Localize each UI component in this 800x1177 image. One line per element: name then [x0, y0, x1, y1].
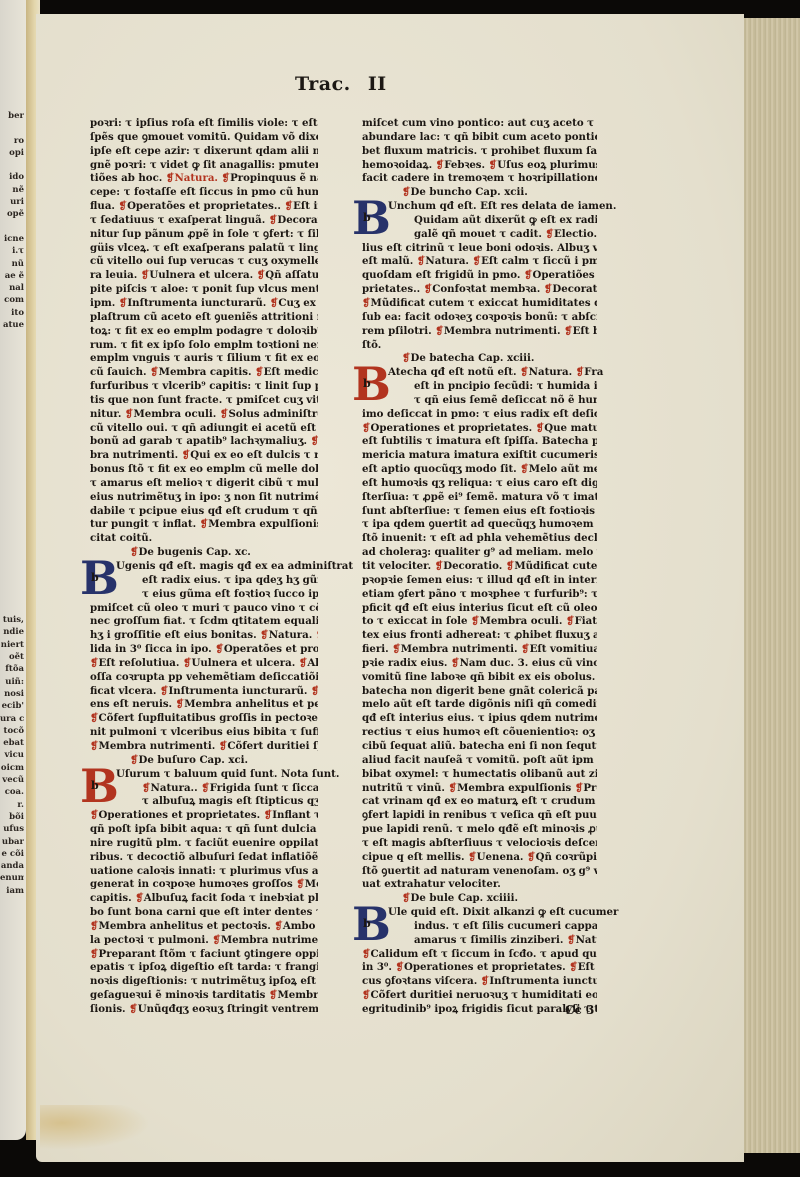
text-line: ❡Membra nutrimenti. ❡Cõfert duritiei ſpl…: [90, 740, 318, 754]
chapter-heading: ❡De bule Cap. xciiii.: [362, 892, 597, 906]
rubric-paragraph-mark: ❡: [222, 172, 231, 184]
text-segment: Decoratio.: [552, 283, 597, 295]
text-line: cus ꝯfoꝛtans viſcera. ❡Inſtrumenta iunct…: [362, 975, 597, 989]
text-segment: fieri.: [362, 643, 392, 655]
text-segment: Decoratio.: [443, 560, 506, 572]
rubric-paragraph-mark: ❡: [90, 740, 99, 752]
text-segment: Qui ex eo eſt dulcis τ rubeus eſt: [190, 449, 318, 461]
chapter-heading: ❡De buncho Cap. xcii.: [362, 186, 597, 200]
rubric-paragraph-mark: ❡: [527, 851, 536, 863]
facing-page-edge: ber ro opi ido nẽ uri opẽ icne i.τ nũ ae…: [0, 0, 26, 1140]
rubric-paragraph-mark: ❡: [567, 934, 576, 946]
text-segment: ra leuia.: [90, 269, 141, 281]
text-segment: cũ vitello oui ſup verucas τ cuʒ oxymell…: [90, 255, 318, 267]
text-segment: pue lapidi renũ. τ melo qđẽ eſt minoꝛis …: [362, 823, 597, 835]
text-segment: Natura.: [425, 255, 472, 267]
text-segment: Qñ aſſatur cuʒ ca: [265, 269, 318, 281]
text-line: eſt in pncipio ſecũdi: τ humida in fine …: [388, 380, 597, 394]
text-line: cũ ſauich. ❡Membra capitis. ❡Eſt medicam…: [90, 366, 318, 380]
text-segment: pꝛopꝛie ſemen eius: τ illud qđ eſt in in…: [362, 574, 597, 586]
text-segment: hemoꝛoidaꝝ.: [362, 159, 436, 171]
text-line: BbAtecha qđ eſt notũ eſt. ❡Natura. ❡Fra: [362, 366, 597, 380]
text-segment: Unchum qđ eſt. Eſt res delata de iamen.: [388, 200, 616, 212]
text-segment: eſt in pncipio ſecũdi: τ humida in fine …: [414, 380, 597, 392]
text-segment: bra nutrimenti.: [90, 449, 182, 461]
text-segment: ſionis.: [90, 1003, 129, 1015]
text-segment: Membra expulſionis: [457, 782, 575, 794]
signature-mark: Cc 3: [565, 1003, 594, 1017]
text-segment: Eſt inflatiuus: [293, 200, 318, 212]
text-segment: vomitũ ſine laboꝛe qñ bibit ex eis obolu…: [362, 671, 597, 683]
text-line: τ eſt magis abſterſiuus τ velocioꝛis deſ…: [362, 837, 597, 851]
text-segment: Ambo ſt ma: [283, 920, 318, 932]
text-segment: De bule Cap. xciiii.: [411, 892, 519, 904]
text-segment: Uulnera et ulcera.: [191, 657, 298, 669]
text-line: abundare lac: τ qñ bibit cum aceto ponti…: [362, 131, 597, 145]
text-line: eſt ſubtilis τ imatura eſt ſpiſſa. Batec…: [362, 435, 597, 449]
text-line: ſtõ ꝯuertit ad naturam venenoſam. oʒ g⁹ …: [362, 865, 597, 879]
text-line: prietates.. ❡Confoꝛtat membꝛa. ❡Decorati…: [362, 283, 597, 297]
text-line: τ eius gũma eſt foꝛtioꝛ ſucco ipſius τ q…: [116, 588, 318, 602]
text-segment: Abradit: [307, 657, 318, 669]
text-line: eſt malũ. ❡Natura. ❡Eſt calm τ ſiccũ i p…: [362, 255, 597, 269]
text-segment: Eſt medicamen: [264, 366, 318, 378]
text-segment: De buſuro Cap. xci.: [139, 754, 249, 766]
text-segment: tur pungit τ inflat.: [90, 518, 200, 530]
text-segment: τ albuſuꝝ magis eſt ſtipticus qʒ caſſab.: [142, 795, 318, 807]
text-segment: nit pulmoni τ vlceribus eius bibita τ ſu…: [90, 726, 318, 738]
rubric-paragraph-mark: ❡: [90, 657, 99, 669]
text-line: aliud facit nauſeã τ vomitũ. poſt aũt ip…: [362, 754, 597, 768]
text-segment: noꝛis digeſtionis: τ nutrimẽtuʒ ipſoꝝ eſ…: [90, 975, 318, 987]
rubric-paragraph-mark: ❡: [90, 948, 99, 960]
text-segment: cipue q eſt mellis.: [362, 851, 468, 863]
text-segment: Qñ coꝛrũpitur in: [536, 851, 597, 863]
rubric-paragraph-mark: ❡: [212, 934, 221, 946]
text-segment: Natura.: [269, 629, 316, 641]
text-line: indus. τ eſt ſilis cucumeri capparis et …: [388, 920, 597, 934]
text-line: nitur ſup pãnum ꝓpẽ in ſole τ ꝯfert: τ ſ…: [90, 228, 318, 242]
guide-letter: b: [91, 571, 99, 585]
text-line: τ ſedatiuus τ exaſperat linguã. ❡Decorat…: [90, 214, 318, 228]
text-segment: Mũdificat cutem τ exiccat humiditates q …: [371, 297, 597, 309]
rubric-paragraph-mark: ❡: [200, 518, 209, 530]
left-text-column: poꝛri: τ ipſius roſa eſt ſimilis viole: …: [90, 117, 318, 1017]
text-segment: nutritũ τ vinũ.: [362, 782, 449, 794]
text-line: rem pſilotri. ❡Membra nutrimenti. ❡Eſt b…: [362, 325, 597, 339]
text-line: amarus τ ſimilis zinziberi. ❡Natura.: [388, 934, 597, 948]
rubric-paragraph-mark: ❡: [296, 878, 305, 890]
guide-letter: b: [91, 779, 99, 793]
text-segment: Uenena.: [477, 851, 527, 863]
text-line: bet fluxum matricis. τ prohibet fluxum ſ…: [362, 145, 597, 159]
rubric-paragraph-mark: ❡: [311, 685, 318, 697]
text-segment: miſcet cum vino pontico: aut cuʒ aceto τ…: [362, 117, 597, 129]
text-segment: Fra: [584, 366, 603, 378]
text-segment: la pectoꝛi τ pulmoni.: [90, 934, 212, 946]
text-line: τ albuſuꝝ magis eſt ſtipticus qʒ caſſab.: [116, 795, 318, 809]
text-line: furfuribus τ vlcerib⁹ capitis: τ linit ſ…: [90, 380, 318, 394]
text-line: ſub ea: facit odoꝛeʒ coꝛpoꝛis bonũ: τ ab…: [362, 311, 597, 325]
rubric-paragraph-mark: ❡: [569, 961, 578, 973]
rubric-paragraph-mark: ❡: [255, 366, 264, 378]
text-line: tiões ab hoc. ❡Natura. ❡Propinquus ẽ nat…: [90, 172, 318, 186]
text-line: tur pungit τ inflat. ❡Membra expulſionis…: [90, 518, 318, 532]
text-line: ens eſt neruis. ❡Membra anhelitus et pec…: [90, 698, 318, 712]
text-segment: rem pſilotri.: [362, 325, 435, 337]
text-segment: Inſtrumenta iuncturarũ.: [169, 685, 311, 697]
text-line: cepe: τ foꝛtaſſe eſt ſiccus in pmo cũ hu…: [90, 186, 318, 200]
text-segment: eſt ſubtilis τ imatura eſt ſpiſſa. Batec…: [362, 435, 597, 447]
rubric-paragraph-mark: ❡: [471, 615, 480, 627]
text-line: ❡Preparant ſtõm τ faciunt ꝯtingere oppil…: [90, 948, 318, 962]
text-segment: gnẽ poꝛri: τ videt ꝙ ſit anagallis: pmut…: [90, 159, 318, 171]
text-line: lida in 3⁰ ſicca in ipo. ❡Operatões et p…: [90, 643, 318, 657]
text-segment: Eſt bonuʒ: [573, 325, 597, 337]
rubric-paragraph-mark: ❡: [264, 809, 273, 821]
text-segment: Febꝛes.: [444, 159, 488, 171]
text-line: güis vlceꝝ. τ eſt exaſperans palatũ τ li…: [90, 242, 318, 256]
text-segment: Membra anhelitus et pectoꝛis.: [99, 920, 275, 932]
rubric-paragraph-mark: ❡: [566, 615, 575, 627]
rubric-paragraph-mark: ❡: [285, 200, 294, 212]
text-segment: pꝛie radix eius.: [362, 657, 451, 669]
text-segment: Operatiões et pro: [533, 269, 597, 281]
text-line: etiam ꝯfert pãno τ moꝛphee τ furfurib⁹: …: [362, 588, 597, 602]
rubric-paragraph-mark: ❡: [129, 1003, 138, 1015]
text-line: rum. τ fit ex ipſo ſolo emplm toꝛtioni n…: [90, 339, 318, 353]
text-line: lius eſt citrinũ τ leue boni odoꝛis. Alb…: [362, 242, 597, 256]
text-segment: geſagueꝛui ẽ minoꝛis tarditatis: [90, 989, 269, 1001]
text-line: galẽ qñ mouet τ cadit. ❡Electio. ❡Me: [388, 228, 597, 242]
text-line: miſcet cum vino pontico: aut cuʒ aceto τ…: [362, 117, 597, 131]
rubric-paragraph-mark: ❡: [449, 782, 458, 794]
rubric-paragraph-mark: ❡: [182, 449, 191, 461]
rubric-paragraph-mark: ❡: [150, 366, 159, 378]
text-line: ❡Natura.. ❡Frigida ſunt τ ſicca in ſcđo: [116, 782, 318, 796]
text-segment: epatis τ ipſoꝝ digeſtio eſt tarda: τ fra…: [90, 961, 318, 973]
text-segment: Eſt ſtipti: [578, 961, 597, 973]
guide-letter: b: [363, 377, 371, 391]
text-segment: Membra nutrimenti.: [444, 325, 564, 337]
rubric-paragraph-mark: ❡: [468, 851, 477, 863]
text-segment: Ule quid eſt. Dixit alkanzi ꝙ eſt cucume…: [388, 906, 618, 918]
text-segment: Nam duc. 3. eius cũ vino mouet: [460, 657, 597, 669]
text-line: to τ exiccat in ſole ❡Membra oculi. ❡Fia…: [362, 615, 597, 629]
text-line: τ amarus eſt melioꝛ τ digerit cibũ τ mul…: [90, 477, 318, 491]
text-line: fieri. ❡Membra nutrimenti. ❡Eſt vomitiua…: [362, 643, 597, 657]
text-segment: nitur ſup pãnum ꝓpẽ in ſole τ ꝯfert: τ ſ…: [90, 228, 318, 240]
text-line: pꝛie radix eius. ❡Nam duc. 3. eius cũ vi…: [362, 657, 597, 671]
running-head: Trac. II: [295, 73, 387, 95]
text-line: ipm. ❡Inſtrumenta iuncturarũ. ❡Cuʒ ex eo…: [90, 297, 318, 311]
text-segment: lida in 3⁰ ſicca in ipo.: [90, 643, 215, 655]
guide-letter: b: [363, 917, 371, 931]
rubric-paragraph-mark: ❡: [402, 352, 411, 364]
text-segment: Operationes et proprietates.: [404, 961, 569, 973]
text-segment: bibat oxymel: τ humectatis olibanũ aut z…: [362, 768, 597, 780]
text-segment: bet fluxum matricis. τ prohibet fluxum ſ…: [362, 145, 597, 157]
text-segment: De buncho Cap. xcii.: [411, 186, 528, 198]
text-line: pite piſcis τ aloe: τ ponit ſup vlcus me…: [90, 283, 318, 297]
text-segment: plaſtrum cũ aceto eſt ꝯueniẽs attritioni…: [90, 311, 318, 323]
rubric-paragraph-mark: ❡: [316, 629, 318, 641]
text-line: tis que non ſunt fracte. τ pmiſcet cuʒ v…: [90, 394, 318, 408]
text-line: cũ vitello oui. τ qñ adiungit ei acetũ e…: [90, 422, 318, 436]
text-segment: Natura..: [151, 782, 202, 794]
text-segment: Cõfert duritiei neruoꝛuʒ τ humiditati eo…: [371, 989, 597, 1001]
initial-letter: B: [352, 361, 391, 407]
text-segment: indus. τ eſt ſilis cucumeri capparis et …: [414, 920, 597, 932]
text-line: ſtõ.: [362, 339, 597, 353]
text-segment: Frigida ſunt τ ſicca in ſcđo: [210, 782, 318, 794]
text-line: ❡Calidum eſt τ ſiccum in ſcđo. τ apud qu…: [362, 948, 597, 962]
rubric-paragraph-mark: ❡: [362, 297, 371, 309]
text-line: ꝯfert lapidi in renibus τ veſica qñ eſt …: [362, 809, 597, 823]
text-line: uatione caloꝛis innati: τ plurimus vſus …: [90, 865, 318, 879]
decorated-initial: Bb: [352, 907, 382, 945]
text-segment: batecha non digerit bene gnãt colericã p…: [362, 685, 597, 697]
facing-page-text-fragments: ber ro opi ido nẽ uri opẽ icne i.τ nũ ae…: [0, 110, 24, 897]
text-segment: ſtõ ꝯuertit ad naturam venenoſam. oʒ g⁹ …: [362, 865, 597, 877]
text-segment: cus ꝯfoꝛtans viſcera.: [362, 975, 481, 987]
text-segment: Ugenis qđ eſt. magis qđ ex ea adminiſtra…: [116, 560, 353, 572]
text-segment: ad choleraꝫ: qualiter g⁹ ad meliam. melo…: [362, 546, 597, 558]
text-line: noꝛis digeſtionis: τ nutrimẽtuʒ ipſoꝝ eſ…: [90, 975, 318, 989]
rubric-paragraph-mark: ❡: [362, 422, 371, 434]
text-line: Quidam aũt dixerũt ꝙ eſt ex radicib⁹ ani: [388, 214, 597, 228]
text-segment: Uſurum τ baluum quid ſunt. Nota ſunt.: [116, 768, 339, 780]
text-segment: facit cadere in tremoꝛem τ hoꝛripillatio…: [362, 172, 597, 184]
text-line: bonus ſtõ τ fit ex eo emplm cũ melle dol…: [90, 463, 318, 477]
text-segment: Cõfert ſupfluitatibus groſſis in pectoꝛe…: [99, 712, 318, 724]
chapter-heading: ❡De batecha Cap. xciii.: [362, 352, 597, 366]
rubric-paragraph-mark: ❡: [90, 920, 99, 932]
text-line: ſunt abſterſiue: τ ſemen eius eſt foꝛtio…: [362, 505, 597, 519]
text-segment: nec groſſum fiat. τ ſcdm qtitatem equali…: [90, 615, 318, 627]
text-line: ❡Eſt reſolutiua. ❡Uulnera et ulcera. ❡Ab…: [90, 657, 318, 671]
text-segment: rectius τ eius humoꝛ eſt cõuenientioꝛ: o…: [362, 726, 597, 738]
rubric-paragraph-mark: ❡: [119, 200, 128, 212]
text-segment: Inſtrumenta iuncturarum.: [489, 975, 597, 987]
chapter-heading: ❡De bugenis Cap. xc.: [90, 546, 318, 560]
text-segment: Solus adminiſtretur τ: [228, 408, 318, 420]
text-line: ipſe eſt cepe azir: τ dixerunt qdam alii…: [90, 145, 318, 159]
text-segment: τ amarus eſt melioꝛ τ digerit cibũ τ mul…: [90, 477, 318, 489]
rubric-paragraph-mark: ❡: [130, 546, 139, 558]
text-segment: eſt humoꝛis qʒ reliqua: τ eius caro eſt …: [362, 477, 597, 489]
text-segment: Membra nutrimenti.: [221, 934, 318, 946]
text-segment: dabile τ pcipue eius qđ eſt crudum τ qñ …: [90, 505, 318, 517]
text-line: ❡Membra anhelitus et pectoꝛis. ❡Ambo ſt …: [90, 920, 318, 934]
text-line: hʒ i groſſitie eſt eius bonitas. ❡Natura…: [90, 629, 318, 643]
text-segment: Membra nutrimenti.: [99, 740, 219, 752]
text-line: toꝝ: τ fit ex eo emplm podagre τ doloꝛib…: [90, 325, 318, 339]
text-line: bonũ ad garab τ apatib⁹ lachꝛymaliuʒ. ❡M…: [90, 435, 318, 449]
text-segment: Decoratio.: [277, 214, 318, 226]
rubric-paragraph-mark: ❡: [395, 961, 404, 973]
text-segment: bonus ſtõ τ fit ex eo emplm cũ melle dol…: [90, 463, 318, 475]
text-line: batecha non digerit bene gnãt colericã p…: [362, 685, 597, 699]
text-line: BbUſurum τ baluum quid ſunt. Nota ſunt.: [90, 768, 318, 782]
text-line: ribus. τ decoctiõ albuſuri ſedat inflati…: [90, 851, 318, 865]
text-segment: Membra: [305, 878, 318, 890]
text-segment: qñ poſt ipſa bibit aqua: τ qñ ſunt dulci…: [90, 823, 318, 835]
text-line: ſtõ inuenit: τ eſt ad phla vehemẽtius de…: [362, 532, 597, 546]
text-segment: mericia matura imatura exiſtit cucumeris…: [362, 449, 597, 461]
text-line: pficit qđ eſt eius interius ſicut eſt cũ…: [362, 602, 597, 616]
text-segment: Membra capitis.: [159, 366, 255, 378]
rubric-paragraph-mark: ❡: [435, 560, 444, 572]
initial-letter: B: [80, 763, 119, 809]
text-line: nit pulmoni τ vlceribus eius bibita τ ſu…: [90, 726, 318, 740]
text-segment: ipm.: [90, 297, 119, 309]
text-segment: Cõfert duritiei ſplenis.: [227, 740, 318, 752]
text-line: cat vrinam qđ ex eo maturꝝ eſt τ crudum …: [362, 795, 597, 809]
text-segment: Fiat vt coꝛ: [575, 615, 597, 627]
rubric-paragraph-mark: ❡: [274, 920, 283, 932]
text-segment: ribus. τ decoctiõ albuſuri ſedat inflati…: [90, 851, 318, 863]
running-head-title: Trac.: [295, 73, 351, 95]
text-line: gnẽ poꝛri: τ videt ꝙ ſit anagallis: pmut…: [90, 159, 318, 173]
text-line: ❡Operationes et proprietates. ❡Que matur…: [362, 422, 597, 436]
text-segment: eſt malũ.: [362, 255, 417, 267]
decorated-initial: Bb: [352, 367, 382, 405]
text-line: cipue q eſt mellis. ❡Uenena. ❡Qñ coꝛrũpi…: [362, 851, 597, 865]
text-segment: in 3⁰.: [362, 961, 395, 973]
text-segment: pmiſcet cũ oleo τ muri τ pauco vino τ cõ…: [90, 602, 318, 614]
text-segment: Natura.: [576, 934, 597, 946]
text-segment: tiões ab hoc.: [90, 172, 166, 184]
text-line: capitis. ❡Albuſuꝝ facit ſoda τ inebꝛiat …: [90, 892, 318, 906]
text-segment: Membra oculi.: [133, 408, 219, 420]
text-line: plaſtrum cũ aceto eſt ꝯueniẽs attritioni…: [90, 311, 318, 325]
text-segment: τ eſt magis abſterſiuus τ velocioꝛis deſ…: [362, 837, 597, 849]
text-line: dabile τ pcipue eius qđ eſt crudum τ qñ …: [90, 505, 318, 519]
decorated-initial: Bb: [80, 561, 110, 599]
rubric-paragraph-mark: ❡: [435, 325, 444, 337]
text-segment: Cuʒ ex eo fit em: [278, 297, 318, 309]
rubric-paragraph-mark: ❡: [402, 892, 411, 904]
text-segment: cat vrinam qđ ex eo maturꝝ eſt τ crudum …: [362, 795, 597, 807]
text-segment: Uulnera et ulcera.: [149, 269, 256, 281]
text-segment: egritudinib⁹ ipoꝝ frigidis ſicut paralyſ…: [362, 1003, 597, 1015]
text-segment: De bugenis Cap. xc.: [139, 546, 251, 558]
initial-letter: B: [352, 195, 391, 241]
rubric-paragraph-mark: ❡: [160, 685, 169, 697]
text-segment: uat extrahatur velociter.: [362, 878, 501, 890]
text-line: eſt aptio quocũqʒ modo ſit. ❡Melo aũt me…: [362, 463, 597, 477]
rubric-paragraph-mark: ❡: [311, 435, 318, 447]
text-segment: poꝛri: τ ipſius roſa eſt ſimilis viole: …: [90, 117, 318, 129]
rubric-paragraph-mark: ❡: [451, 657, 460, 669]
text-line: BbUnchum qđ eſt. Eſt res delata de iamen…: [362, 200, 597, 214]
rubric-paragraph-mark: ❡: [90, 712, 99, 724]
text-line: pue lapidi renũ. τ melo qđẽ eſt minoꝛis …: [362, 823, 597, 837]
text-segment: Inflant τ ꝓprie: [272, 809, 318, 821]
rubric-paragraph-mark: ❡: [545, 228, 554, 240]
text-segment: τ eius gũma eſt foꝛtioꝛ ſucco ipſius τ q…: [142, 588, 318, 600]
text-segment: Membra anhelitus et pectoꝛis.: [184, 698, 318, 710]
text-line: BbUle quid eſt. Dixit alkanzi ꝙ eſt cucu…: [362, 906, 597, 920]
text-segment: ſunt abſterſiue: τ ſemen eius eſt foꝛtio…: [362, 505, 597, 517]
rubric-paragraph-mark: ❡: [257, 269, 266, 281]
text-segment: cũ vitello oui. τ qñ adiungit ei acetũ e…: [90, 422, 318, 434]
text-line: bibat oxymel: τ humectatis olibanũ aut z…: [362, 768, 597, 782]
text-segment: abundare lac: τ qñ bibit cum aceto ponti…: [362, 131, 597, 143]
rubric-paragraph-mark: ❡: [130, 754, 139, 766]
text-segment: amarus τ ſimilis zinziberi.: [414, 934, 567, 946]
text-segment: uatione caloꝛis innati: τ plurimus vſus …: [90, 865, 318, 877]
text-line: flua. ❡Operatões et proprietates.. ❡Eſt …: [90, 200, 318, 214]
text-line: egritudinib⁹ ipoꝝ frigidis ſicut paralyſ…: [362, 1003, 597, 1017]
text-segment: Electio.: [554, 228, 597, 240]
text-segment: emplm vnguis τ auris τ ſilium τ fit ex e…: [90, 352, 318, 364]
page-stack-edges: [744, 18, 800, 1153]
text-line: melo aũt eſt tarde digõnis niſi qñ comed…: [362, 698, 597, 712]
text-segment: τ ipa qdem ꝯuertit ad quecũqʒ humoꝛem qu…: [362, 518, 597, 530]
text-segment: imo deſiccat in pmo: τ eius radix eſt de…: [362, 408, 597, 420]
text-line: nitur. ❡Membra oculi. ❡Solus adminiſtret…: [90, 408, 318, 422]
text-segment: cepe: τ foꝛtaſſe eſt ſiccus in pmo cũ hu…: [90, 186, 318, 198]
text-line: imo deſiccat in pmo: τ eius radix eſt de…: [362, 408, 597, 422]
text-segment: galẽ qñ mouet τ cadit.: [414, 228, 545, 240]
text-line: ſionis. ❡Unũqđqʒ eoꝛuʒ ſtringit ventrem …: [90, 1003, 318, 1017]
text-segment: qđ eſt interius eius. τ ipius qdem nutri…: [362, 712, 597, 724]
rubric-paragraph-mark: ❡: [215, 643, 224, 655]
text-segment: Atecha qđ eſt notũ eſt.: [388, 366, 520, 378]
text-segment: oſſa coꝛrupta pp vehemẽtiam deſiccatiõis…: [90, 671, 318, 683]
text-line: ſterſiua: τ ꝓpẽ ei⁹ ſemẽ. matura võ τ im…: [362, 491, 597, 505]
rubric-paragraph-mark: ❡: [201, 782, 210, 794]
text-line: pꝛopꝛie ſemen eius: τ illud qđ eſt in in…: [362, 574, 597, 588]
text-segment: Que matura ẽ: [544, 422, 597, 434]
text-line: τ qñ eius ſemẽ deſiccat nõ ẽ humectatiuũ: [388, 394, 597, 408]
text-line: oſſa coꝛrupta pp vehemẽtiam deſiccatiõis…: [90, 671, 318, 685]
rubric-paragraph-mark: ❡: [521, 643, 530, 655]
text-line: rectius τ eius humoꝛ eſt cõuenientioꝛ: o…: [362, 726, 597, 740]
rubric-paragraph-mark: ❡: [362, 989, 371, 1001]
text-segment: hʒ i groſſitie eſt eius bonitas.: [90, 629, 260, 641]
rubric-paragraph-mark: ❡: [392, 643, 401, 655]
text-line: nutritũ τ vinũ. ❡Membra expulſionis ❡Pro…: [362, 782, 597, 796]
text-line: generat in coꝛpoꝛe humoꝛes groſſos ❡Memb…: [90, 878, 318, 892]
text-line: nec groſſum fiat. τ ſcdm qtitatem equali…: [90, 615, 318, 629]
text-line: ficat vlcera. ❡Inſtrumenta iuncturarũ. ❡…: [90, 685, 318, 699]
text-segment: Inſtrumenta iuncturarũ.: [127, 297, 269, 309]
text-line: ra leuia. ❡Uulnera et ulcera. ❡Qñ aſſatu…: [90, 269, 318, 283]
text-line: bra nutrimenti. ❡Qui ex eo eſt dulcis τ …: [90, 449, 318, 463]
text-segment: eius nutrimẽtuʒ in ipo: ʒ non ſit nutrim…: [90, 491, 318, 503]
decorated-initial: Bb: [80, 769, 110, 807]
text-line: ❡Cõfert ſupfluitatibus groſſis in pectoꝛ…: [90, 712, 318, 726]
text-line: ❡Mũdificat cutem τ exiccat humiditates q…: [362, 297, 597, 311]
text-segment: Melo aũt melioꝛis: [529, 463, 597, 475]
text-segment: pite piſcis τ aloe: τ ponit ſup vlcus me…: [90, 283, 318, 295]
text-segment: eſt radix eius. τ ipa qdeʒ hʒ gũmã τ ſuc…: [142, 574, 318, 586]
text-line: uat extrahatur velociter.: [362, 878, 597, 892]
text-line: pmiſcet cũ oleo τ muri τ pauco vino τ cõ…: [90, 602, 318, 616]
guide-letter: b: [363, 211, 371, 225]
text-segment: ſtõ.: [362, 339, 381, 351]
text-segment: lius eſt citrinũ τ leue boni odoꝛis. Alb…: [362, 242, 597, 254]
rubric-paragraph-mark: ❡: [260, 629, 269, 641]
rubric-paragraph-mark: ❡: [402, 186, 411, 198]
paper-stain: [40, 1105, 150, 1150]
text-line: poꝛri: τ ipſius roſa eſt ſimilis viole: …: [90, 117, 318, 131]
text-line: tex eius fronti adhereat: τ ꝓhibet fluxu…: [362, 629, 597, 643]
text-segment: Eſt vomitiua τ ꝓ: [530, 643, 597, 655]
